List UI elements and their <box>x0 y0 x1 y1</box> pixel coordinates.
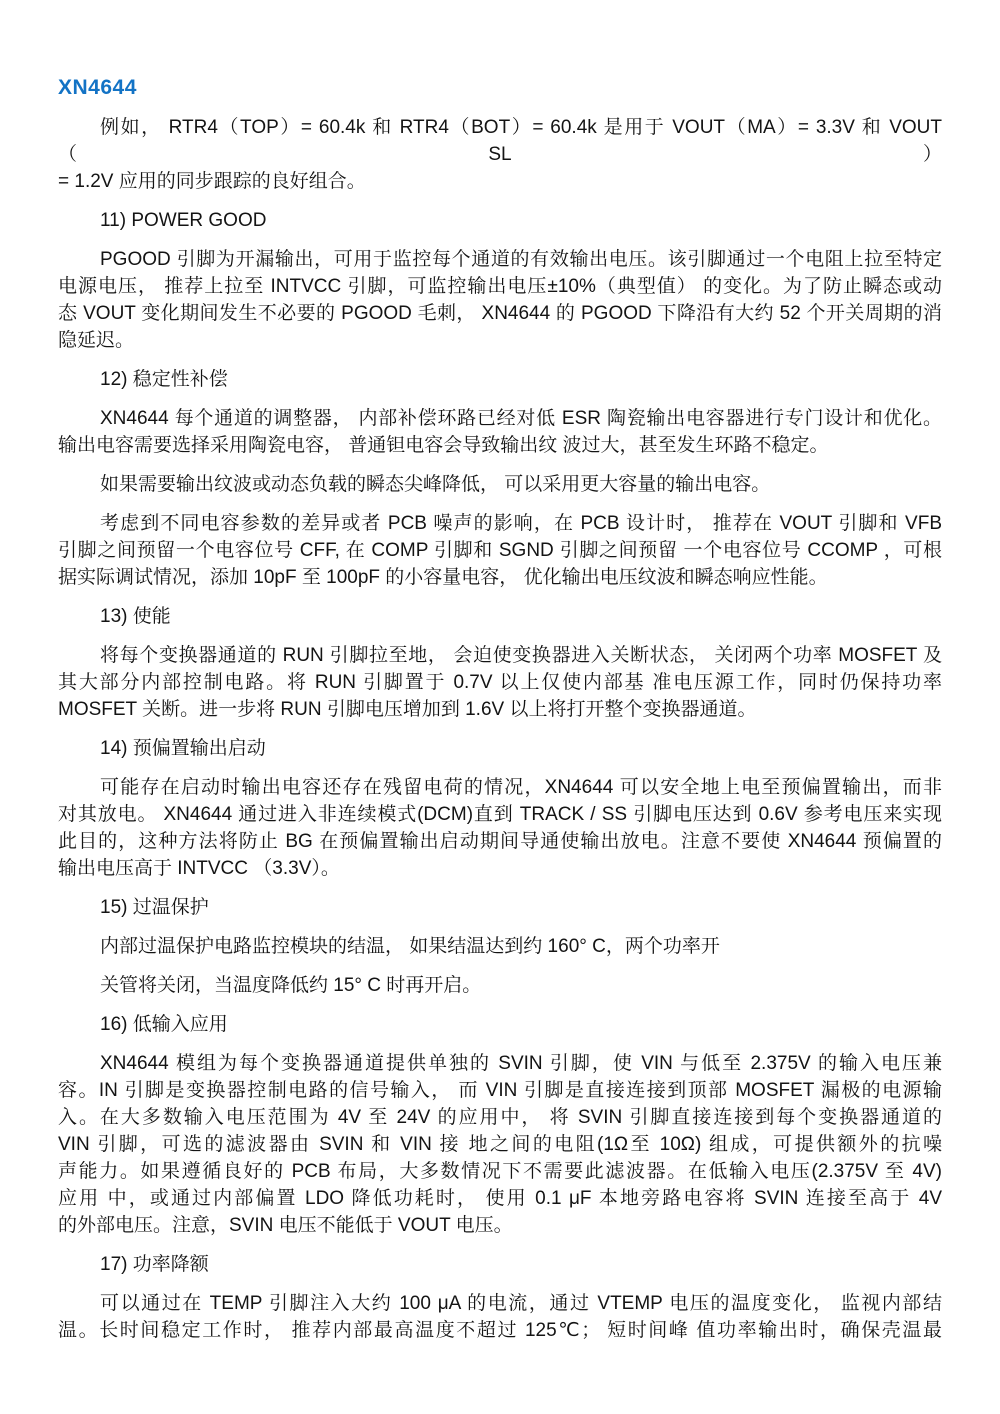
text-line: 电源电压， 推荐上拉至 INTVCC 引脚，可监控输出电压±10%（典型值） 的… <box>58 273 942 300</box>
text-line: MOSFET 关断。进一步将 RUN 引脚电压增加到 1.6V 以上将打开整个变… <box>58 696 942 723</box>
text-line: 引脚之间预留一个电容位号 CFF, 在 COMP 引脚和 SGND 引脚之间预留… <box>58 537 942 564</box>
text-line: 应用 中，或通过内部偏置 LDO 降低功耗时， 使用 0.1 μF 本地旁路电容… <box>58 1185 942 1212</box>
document-page: XN4644 例如， RTR4（TOP）= 60.4k 和 RTR4（BOT）=… <box>0 0 1000 1414</box>
text-line-block: 12) 稳定性补偿 <box>58 366 942 393</box>
paragraph: 如果需要输出纹波或动态负载的瞬态尖峰降低， 可以采用更大容量的输出电容。 <box>58 471 942 498</box>
text-line-block: 16) 低输入应用 <box>58 1011 942 1038</box>
text-line: 此目的，这种方法将防止 BG 在预偏置输出启动期间导通使输出放电。注意不要使 X… <box>58 828 942 855</box>
text-line: 容。IN 引脚是变换器控制电路的信号输入， 而 VIN 引脚是直接连接到顶部 M… <box>58 1077 942 1104</box>
text-line: XN4644 每个通道的调整器， 内部补偿环路已经对低 ESR 陶瓷输出电容器进… <box>58 405 942 432</box>
text-line-block: 内部过温保护电路监控模块的结温， 如果结温达到约 160° C，两个功率开 <box>58 933 942 960</box>
paragraph: 将每个变换器通道的 RUN 引脚拉至地， 会迫使变换器进入关断状态， 关闭两个功… <box>58 642 942 723</box>
paragraph: 例如， RTR4（TOP）= 60.4k 和 RTR4（BOT）= 60.4k … <box>58 114 942 195</box>
text-line: 14) 预偏置输出启动 <box>58 735 942 762</box>
paragraph: PGOOD 引脚为开漏输出，可用于监控每个通道的有效输出电压。该引脚通过一个电阻… <box>58 246 942 354</box>
document-body: 例如， RTR4（TOP）= 60.4k 和 RTR4（BOT）= 60.4k … <box>58 114 942 1344</box>
paragraph: 可以通过在 TEMP 引脚注入大约 100 μA 的电流，通过 VTEMP 电压… <box>58 1290 942 1344</box>
text-line: 态 VOUT 变化期间发生不必要的 PGOOD 毛刺， XN4644 的 PGO… <box>58 300 942 327</box>
text-line-block: 13) 使能 <box>58 603 942 630</box>
text-line: 12) 稳定性补偿 <box>58 366 942 393</box>
text-line: 输出电压高于 INTVCC （3.3V）。 <box>58 855 942 882</box>
paragraph: 可能存在启动时输出电容还存在残留电荷的情况，XN4644 可以安全地上电至预偏置… <box>58 774 942 882</box>
text-line: 温。长时间稳定工作时， 推荐内部最高温度不超过 125℃； 短时间峰 值功率输出… <box>58 1317 942 1344</box>
text-line: 15) 过温保护 <box>58 894 942 921</box>
text-line: 13) 使能 <box>58 603 942 630</box>
text-line: 据实际调试情况，添加 10pF 至 100pF 的小容量电容， 优化输出电压纹波… <box>58 564 942 591</box>
text-line: 16) 低输入应用 <box>58 1011 942 1038</box>
text-line: 声能力。如果遵循良好的 PCB 布局，大多数情况下不需要此滤波器。在低输入电压(… <box>58 1158 942 1185</box>
text-line: 将每个变换器通道的 RUN 引脚拉至地， 会迫使变换器进入关断状态， 关闭两个功… <box>58 642 942 669</box>
paragraph: XN4644 每个通道的调整器， 内部补偿环路已经对低 ESR 陶瓷输出电容器进… <box>58 405 942 459</box>
text-line: 17) 功率降额 <box>58 1251 942 1278</box>
text-line: PGOOD 引脚为开漏输出，可用于监控每个通道的有效输出电压。该引脚通过一个电阻… <box>58 246 942 273</box>
text-line-block: 17) 功率降额 <box>58 1251 942 1278</box>
text-line: 内部过温保护电路监控模块的结温， 如果结温达到约 160° C，两个功率开 <box>58 933 942 960</box>
text-line-block: 14) 预偏置输出启动 <box>58 735 942 762</box>
text-line: 入。在大多数输入电压范围为 4V 至 24V 的应用中， 将 SVIN 引脚直接… <box>58 1104 942 1131</box>
page-title: XN4644 <box>58 76 942 100</box>
text-line: 隐延迟。 <box>58 327 942 354</box>
text-line: VIN 引脚，可选的滤波器由 SVIN 和 VIN 接 地之间的电阻(1Ω至 1… <box>58 1131 942 1158</box>
text-line: 输出电容需要选择采用陶瓷电容， 普通钽电容会导致输出纹 波过大，甚至发生环路不稳… <box>58 432 942 459</box>
paragraph: 考虑到不同电容参数的差异或者 PCB 噪声的影响，在 PCB 设计时， 推荐在 … <box>58 510 942 591</box>
text-line: 11) POWER GOOD <box>58 207 942 234</box>
text-line: 如果需要输出纹波或动态负载的瞬态尖峰降低， 可以采用更大容量的输出电容。 <box>58 471 942 498</box>
text-line: 其大部分内部控制电路。将 RUN 引脚置于 0.7V 以上仅使内部基 准电压源工… <box>58 669 942 696</box>
text-line-block: 11) POWER GOOD <box>58 207 942 234</box>
text-line: 可能存在启动时输出电容还存在残留电荷的情况，XN4644 可以安全地上电至预偏置… <box>58 774 942 801</box>
text-line: 对其放电。 XN4644 通过进入非连续模式(DCM)直到 TRACK / SS… <box>58 801 942 828</box>
text-line: 考虑到不同电容参数的差异或者 PCB 噪声的影响，在 PCB 设计时， 推荐在 … <box>58 510 942 537</box>
text-line: XN4644 模组为每个变换器通道提供单独的 SVIN 引脚，使 VIN 与低至… <box>58 1050 942 1077</box>
text-line-block: 15) 过温保护 <box>58 894 942 921</box>
paragraph: XN4644 模组为每个变换器通道提供单独的 SVIN 引脚，使 VIN 与低至… <box>58 1050 942 1239</box>
text-line: 例如， RTR4（TOP）= 60.4k 和 RTR4（BOT）= 60.4k … <box>58 114 942 168</box>
text-line: 可以通过在 TEMP 引脚注入大约 100 μA 的电流，通过 VTEMP 电压… <box>58 1290 942 1317</box>
text-line-block: 关管将关闭，当温度降低约 15° C 时再开启。 <box>58 972 942 999</box>
text-line: 关管将关闭，当温度降低约 15° C 时再开启。 <box>58 972 942 999</box>
text-line: = 1.2V 应用的同步跟踪的良好组合。 <box>58 168 942 195</box>
text-line: 的外部电压。注意，SVIN 电压不能低于 VOUT 电压。 <box>58 1212 942 1239</box>
